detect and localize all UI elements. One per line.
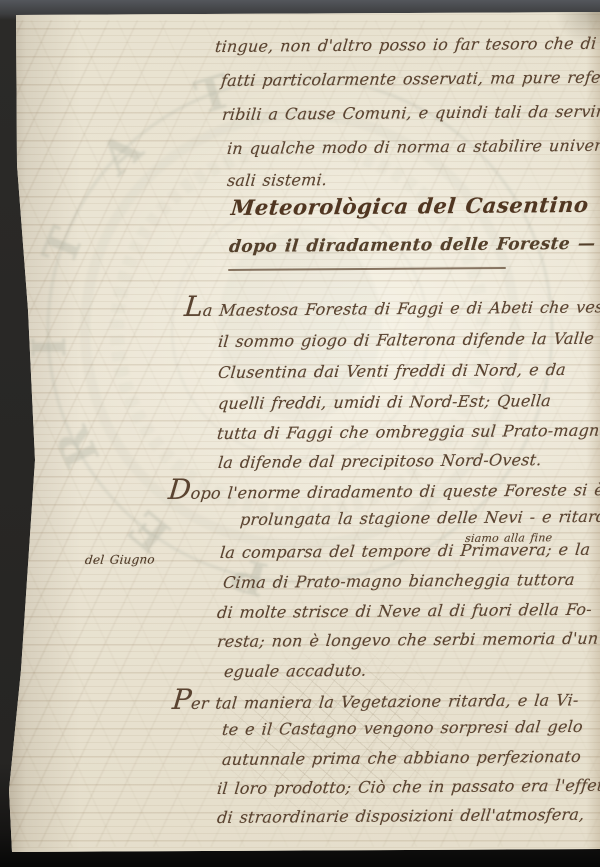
manuscript-line: Clusentina dai Venti freddi di Nord, e d… [217, 359, 567, 384]
manuscript-line: tingue, non d'altro posso io far tesoro … [214, 33, 597, 58]
manuscript-line: te e il Castagno vengono sorpresi dal ge… [221, 716, 584, 741]
heading-line-1: Meteorològica del Casentino [230, 194, 590, 219]
manuscript-line: Dopo l'enorme diradamento di queste Fore… [167, 475, 600, 505]
manuscript-line: di straordinarie disposizioni dell'atmos… [216, 804, 585, 829]
manuscript-page: P E R I T A T I S tingue, non d'altro po… [0, 0, 600, 867]
manuscript-line: fatti particolarmente osservati, ma pure… [220, 67, 600, 92]
manuscript-text-block: tingue, non d'altro posso io far tesoro … [0, 0, 600, 867]
photo-backdrop: { "manuscript": { "paper_color": "#eae4d… [0, 0, 600, 867]
manuscript-line: Cima di Prato-magno biancheggia tuttora [222, 569, 576, 594]
manuscript-line: Per tal maniera la Vegetazione ritarda, … [171, 685, 580, 715]
manuscript-line: resta; non è longevo che serbi memoria d… [216, 628, 599, 653]
manuscript-line: la difende dal precipitoso Nord-Ovest. [217, 449, 543, 474]
manuscript-line: ribili a Cause Comuni, e quindi tali da … [221, 101, 600, 126]
manuscript-line: la comparsa del tempore di Primavera; e … [219, 539, 591, 564]
margin-note: del Giugno [84, 548, 156, 571]
heading-line-2: dopo il diradamento delle Foreste — [228, 233, 596, 258]
manuscript-line: il sommo giogo di Falterona difende la V… [217, 328, 595, 353]
manuscript-line: La Maestosa Foresta di Faggi e di Abeti … [183, 292, 600, 322]
manuscript-line: il loro prodotto; Ciò che in passato era… [216, 774, 600, 800]
manuscript-line: tutta di Faggi che ombreggia sul Prato-m… [216, 420, 600, 445]
manuscript-line: eguale accaduto. [223, 660, 368, 683]
manuscript-line: di molte strisce di Neve al di fuori del… [216, 599, 593, 624]
manuscript-line: sali sistemi. [226, 169, 328, 192]
manuscript-line: in qualche modo di norma a stabilire uni… [226, 135, 600, 160]
manuscript-line: quelli freddi, umidi di Nord-Est; Quella [217, 390, 552, 415]
manuscript-line: autunnale prima che abbiano perfezionato [221, 746, 582, 771]
heading-underline [228, 267, 506, 271]
